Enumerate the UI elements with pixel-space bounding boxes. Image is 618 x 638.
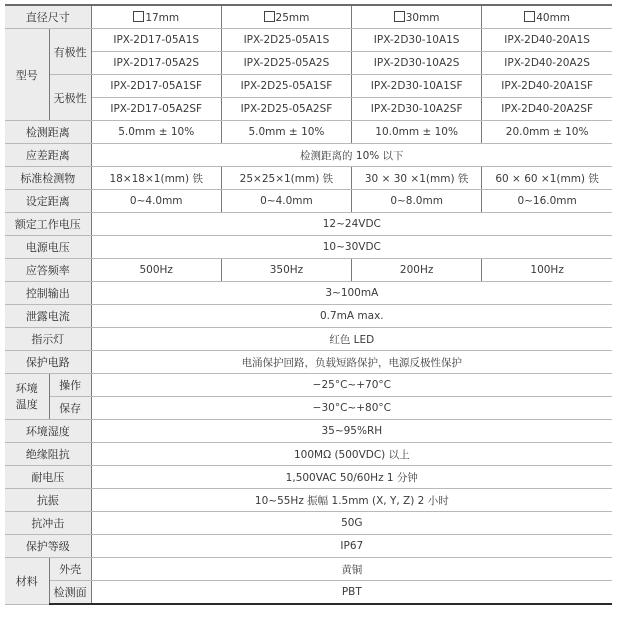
value-cell: 3~100mA — [91, 282, 612, 305]
value-cell: 35~95%RH — [91, 420, 612, 443]
value-cell: −25°C~+70°C — [91, 374, 612, 397]
row-rated-voltage: 额定工作电压 12~24VDC — [5, 213, 612, 236]
size-cell: 40mm — [482, 5, 612, 29]
row-material-face: 检测面 PBT — [5, 581, 612, 605]
row-label: 环境湿度 — [5, 420, 91, 443]
row-label: 抗冲击 — [5, 512, 91, 535]
value-cell: 12~24VDC — [91, 213, 612, 236]
row-model-polar-2: IPX-2D17-05A2S IPX-2D25-05A2S IPX-2D30-1… — [5, 52, 612, 75]
value-cell: 100Hz — [482, 259, 612, 282]
row-insulation: 绝缘阻抗 100MΩ (500VDC) 以上 — [5, 443, 612, 466]
value-cell: 30 × 30 ×1(mm) 铁 — [352, 167, 482, 190]
value-cell: 500Hz — [91, 259, 221, 282]
square-icon — [133, 11, 144, 22]
row-label: 电源电压 — [5, 236, 91, 259]
square-icon — [394, 11, 405, 22]
row-label: 耐电压 — [5, 466, 91, 489]
value-cell: 25×25×1(mm) 铁 — [221, 167, 351, 190]
row-hysteresis: 应差距离 检测距离的 10% 以下 — [5, 144, 612, 167]
value-cell: 60 × 60 ×1(mm) 铁 — [482, 167, 612, 190]
sub-label: 外壳 — [49, 558, 91, 581]
row-label: 保护等级 — [5, 535, 91, 558]
row-label: 抗振 — [5, 489, 91, 512]
row-leakage-current: 泄露电流 0.7mA max. — [5, 305, 612, 328]
row-label: 环境温度 — [5, 374, 49, 420]
value-cell: −30°C~+80°C — [91, 397, 612, 420]
value-cell: PBT — [91, 581, 612, 605]
square-icon — [264, 11, 275, 22]
size-cell: 17mm — [91, 5, 221, 29]
row-ip-rating: 保护等级 IP67 — [5, 535, 612, 558]
model-cell: IPX-2D30-10A2S — [352, 52, 482, 75]
row-label: 设定距离 — [5, 190, 91, 213]
value-cell: 10~30VDC — [91, 236, 612, 259]
value-cell: 电涌保护回路，负载短路保护，电源反极性保护 — [91, 351, 612, 374]
row-response-freq: 应答频率 500Hz 350Hz 200Hz 100Hz — [5, 259, 612, 282]
row-vibration: 抗振 10~55Hz 振幅 1.5mm (X, Y, Z) 2 小时 — [5, 489, 612, 512]
value-cell: 10~55Hz 振幅 1.5mm (X, Y, Z) 2 小时 — [91, 489, 612, 512]
row-label: 指示灯 — [5, 328, 91, 351]
row-control-output: 控制输出 3~100mA — [5, 282, 612, 305]
value-cell: 1,500VAC 50/60Hz 1 分钟 — [91, 466, 612, 489]
row-label: 材料 — [5, 558, 49, 605]
row-indicator: 指示灯 红色 LED — [5, 328, 612, 351]
row-model-polar-1: 型号 有极性 IPX-2D17-05A1S IPX-2D25-05A1S IPX… — [5, 29, 612, 52]
value-cell: 0.7mA max. — [91, 305, 612, 328]
spec-table: 直径尺寸 17mm 25mm 30mm 40mm 型号 有极性 IPX-2D17… — [5, 4, 612, 605]
value-cell: 0~4.0mm — [221, 190, 351, 213]
row-label: 额定工作电压 — [5, 213, 91, 236]
row-humidity: 环境湿度 35~95%RH — [5, 420, 612, 443]
row-diameter: 直径尺寸 17mm 25mm 30mm 40mm — [5, 5, 612, 29]
sub-label: 检测面 — [49, 581, 91, 605]
model-cell: IPX-2D40-20A2SF — [482, 98, 612, 121]
value-cell: 100MΩ (500VDC) 以上 — [91, 443, 612, 466]
value-cell: 10.0mm ± 10% — [352, 121, 482, 144]
sub-label: 有极性 — [49, 29, 91, 75]
value-cell: 350Hz — [221, 259, 351, 282]
row-label: 绝缘阻抗 — [5, 443, 91, 466]
row-shock: 抗冲击 50G — [5, 512, 612, 535]
model-cell: IPX-2D25-05A1SF — [221, 75, 351, 98]
value-cell: 黄铜 — [91, 558, 612, 581]
value-cell: 红色 LED — [91, 328, 612, 351]
row-label: 标准检测物 — [5, 167, 91, 190]
row-label: 泄露电流 — [5, 305, 91, 328]
model-cell: IPX-2D40-20A2S — [482, 52, 612, 75]
row-label: 控制输出 — [5, 282, 91, 305]
size-cell: 30mm — [352, 5, 482, 29]
row-detect-distance: 检测距离 5.0mm ± 10% 5.0mm ± 10% 10.0mm ± 10… — [5, 121, 612, 144]
model-cell: IPX-2D30-10A1SF — [352, 75, 482, 98]
row-label: 检测距离 — [5, 121, 91, 144]
model-cell: IPX-2D25-05A2SF — [221, 98, 351, 121]
sub-label: 保存 — [49, 397, 91, 420]
row-model-nonpolar-2: IPX-2D17-05A2SF IPX-2D25-05A2SF IPX-2D30… — [5, 98, 612, 121]
sub-label: 操作 — [49, 374, 91, 397]
value-cell: 检测距离的 10% 以下 — [91, 144, 612, 167]
model-cell: IPX-2D17-05A1S — [91, 29, 221, 52]
size-cell: 25mm — [221, 5, 351, 29]
model-cell: IPX-2D17-05A2SF — [91, 98, 221, 121]
row-supply-voltage: 电源电压 10~30VDC — [5, 236, 612, 259]
row-temp-storage: 保存 −30°C~+80°C — [5, 397, 612, 420]
model-cell: IPX-2D40-20A1S — [482, 29, 612, 52]
model-cell: IPX-2D25-05A1S — [221, 29, 351, 52]
row-dielectric: 耐电压 1,500VAC 50/60Hz 1 分钟 — [5, 466, 612, 489]
value-cell: 50G — [91, 512, 612, 535]
row-label: 应差距离 — [5, 144, 91, 167]
model-cell: IPX-2D30-10A1S — [352, 29, 482, 52]
value-cell: IP67 — [91, 535, 612, 558]
row-std-target: 标准检测物 18×18×1(mm) 铁 25×25×1(mm) 铁 30 × 3… — [5, 167, 612, 190]
value-cell: 200Hz — [352, 259, 482, 282]
sub-label: 无极性 — [49, 75, 91, 121]
row-protection-circuit: 保护电路 电涌保护回路，负载短路保护，电源反极性保护 — [5, 351, 612, 374]
value-cell: 0~16.0mm — [482, 190, 612, 213]
row-model-nonpolar-1: 无极性 IPX-2D17-05A1SF IPX-2D25-05A1SF IPX-… — [5, 75, 612, 98]
row-set-distance: 设定距离 0~4.0mm 0~4.0mm 0~8.0mm 0~16.0mm — [5, 190, 612, 213]
row-label: 型号 — [5, 29, 49, 121]
row-label: 直径尺寸 — [5, 5, 91, 29]
row-label: 保护电路 — [5, 351, 91, 374]
value-cell: 0~4.0mm — [91, 190, 221, 213]
model-cell: IPX-2D17-05A2S — [91, 52, 221, 75]
value-cell: 5.0mm ± 10% — [91, 121, 221, 144]
row-label: 应答频率 — [5, 259, 91, 282]
row-temp-operate: 环境温度 操作 −25°C~+70°C — [5, 374, 612, 397]
value-cell: 5.0mm ± 10% — [221, 121, 351, 144]
row-material-housing: 材料 外壳 黄铜 — [5, 558, 612, 581]
model-cell: IPX-2D25-05A2S — [221, 52, 351, 75]
square-icon — [524, 11, 535, 22]
model-cell: IPX-2D17-05A1SF — [91, 75, 221, 98]
value-cell: 0~8.0mm — [352, 190, 482, 213]
value-cell: 18×18×1(mm) 铁 — [91, 167, 221, 190]
value-cell: 20.0mm ± 10% — [482, 121, 612, 144]
model-cell: IPX-2D30-10A2SF — [352, 98, 482, 121]
model-cell: IPX-2D40-20A1SF — [482, 75, 612, 98]
